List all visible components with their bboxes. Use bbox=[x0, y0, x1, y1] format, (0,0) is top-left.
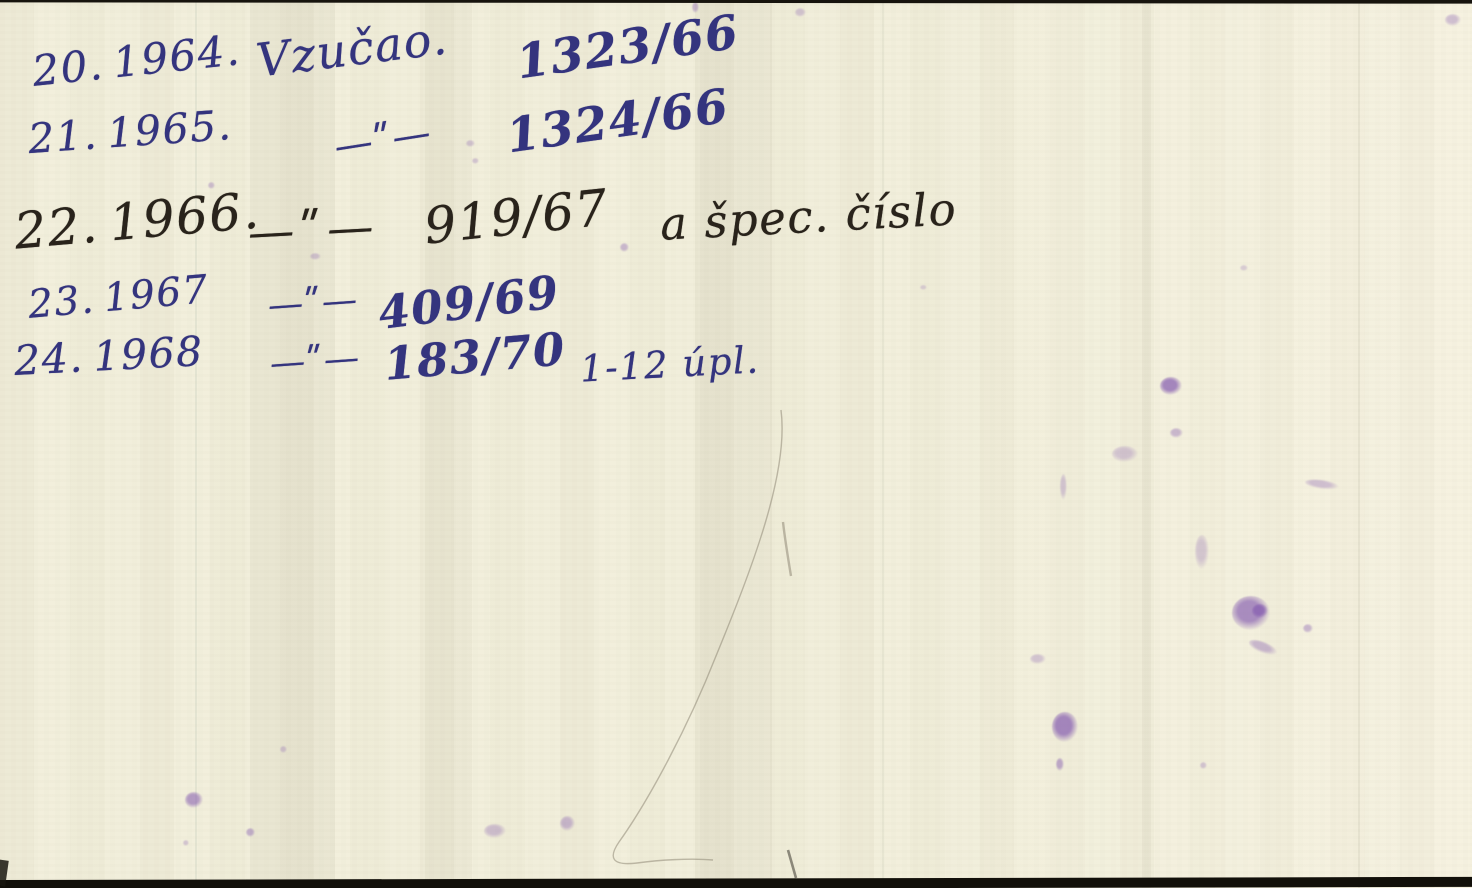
entry-row-2-volume-year: 21. 1965. bbox=[27, 105, 234, 160]
entry-row-5-volume-year: 24. 1968 bbox=[13, 331, 205, 382]
entry-source-title: Vzučao. bbox=[254, 14, 450, 83]
ink-stain bbox=[1052, 712, 1078, 742]
ink-stain bbox=[1240, 265, 1248, 271]
entry-year: 1964. bbox=[111, 25, 243, 87]
entry-volume: 23. bbox=[26, 277, 96, 328]
ink-stain bbox=[1195, 535, 1209, 569]
ink-stain bbox=[1170, 428, 1183, 438]
ditto-mark: —ʺ— bbox=[269, 341, 362, 382]
ink-stain bbox=[620, 243, 629, 252]
ink-stain bbox=[246, 828, 255, 837]
entry-note: a špec. číslo bbox=[659, 186, 958, 246]
ink-stain bbox=[185, 792, 203, 808]
ink-stain bbox=[466, 140, 475, 147]
pencil-tick bbox=[788, 850, 796, 878]
ink-stain bbox=[472, 158, 479, 164]
entry-volume: 24. bbox=[13, 333, 85, 385]
entry-year: 1965. bbox=[106, 101, 234, 158]
catalog-card: 20. 1964. Vzučao. 1323/66 21. 1965. —ʺ— … bbox=[0, 0, 1472, 888]
scan-edge-top bbox=[0, 0, 1472, 4]
entry-row-4-volume-year: 23. 1967 bbox=[27, 270, 211, 325]
ink-stain bbox=[1305, 478, 1340, 492]
ink-stain bbox=[1056, 758, 1064, 771]
ink-stain bbox=[1303, 624, 1313, 633]
entry-year: 1968 bbox=[92, 327, 205, 381]
pencil-stroke bbox=[783, 522, 791, 576]
ink-stain bbox=[1160, 377, 1182, 395]
ink-stain bbox=[1252, 604, 1268, 618]
ink-stain bbox=[1030, 654, 1046, 664]
pencil-curve bbox=[613, 410, 782, 864]
ditto-mark: —ʺ— bbox=[267, 283, 360, 324]
ditto-mark: —ʺ— bbox=[247, 203, 380, 256]
entry-year: 1967 bbox=[102, 267, 211, 321]
entry-accession-number: 1323/66 bbox=[514, 9, 742, 87]
entry-accession-number: 183/70 bbox=[382, 326, 567, 387]
ink-stain bbox=[1232, 596, 1270, 630]
ink-stain bbox=[484, 824, 506, 838]
ink-stain bbox=[1247, 637, 1279, 658]
ink-stain bbox=[1112, 446, 1138, 462]
ink-stain bbox=[280, 746, 287, 753]
entry-row-3-volume-year: 22. 1966. bbox=[12, 185, 262, 256]
ink-stain bbox=[560, 816, 575, 831]
entry-volume: 22. bbox=[12, 196, 101, 261]
scan-artifact-line bbox=[1358, 0, 1360, 888]
scan-edge-bottom bbox=[0, 877, 1472, 888]
entry-accession-number: 1324/66 bbox=[504, 83, 732, 161]
entry-row-1-volume-year: 20. 1964. bbox=[30, 29, 242, 93]
ink-stain bbox=[1200, 762, 1207, 769]
entry-volume: 20. bbox=[30, 40, 106, 96]
scan-artifact-line bbox=[882, 0, 884, 888]
entry-accession-number: 919/67 bbox=[422, 182, 611, 251]
ditto-mark: —ʺ— bbox=[332, 113, 435, 166]
entry-volume: 21. bbox=[27, 110, 100, 163]
ink-stain bbox=[1060, 474, 1067, 500]
entry-year: 1966. bbox=[107, 181, 262, 252]
ink-stain bbox=[1445, 14, 1461, 26]
entry-note: 1-12 úpl. bbox=[579, 341, 760, 387]
ink-stain bbox=[920, 285, 927, 290]
ink-stain bbox=[183, 840, 189, 846]
ink-stain bbox=[795, 8, 806, 17]
